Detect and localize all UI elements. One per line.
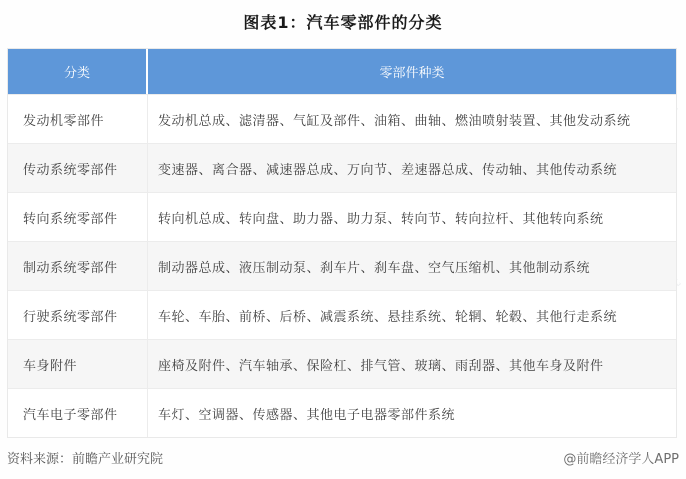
- parts-cell: 车轮、车胎、前桥、后桥、减震系统、悬挂系统、轮辋、轮毂、其他行走系统: [148, 291, 676, 339]
- category-cell: 发动机零部件: [8, 95, 148, 143]
- table-header-row: 分类 零部件种类: [8, 49, 676, 94]
- parts-cell: 座椅及附件、汽车轴承、保险杠、排气管、玻璃、雨刮器、其他车身及附件: [148, 340, 676, 388]
- table-row-engine: 发动机零部件 发动机总成、滤清器、气缸及部件、油箱、曲轴、燃油喷射装置、其他发动…: [8, 94, 676, 143]
- parts-cell: 转向机总成、转向盘、助力器、助力泵、转向节、转向拉杆、其他转向系统: [148, 193, 676, 241]
- table-row-braking: 制动系统零部件 制动器总成、液压制动泵、刹车片、刹车盘、空气压缩机、其他制动系统: [8, 241, 676, 290]
- category-cell: 传动系统零部件: [8, 144, 148, 192]
- source-note: 资料来源：前瞻产业研究院: [7, 448, 163, 467]
- table-row-running: 行驶系统零部件 车轮、车胎、前桥、后桥、减震系统、悬挂系统、轮辋、轮毂、其他行走…: [8, 290, 676, 339]
- table-row-transmission: 传动系统零部件 变速器、离合器、减速器总成、万向节、差速器总成、传动轴、其他传动…: [8, 143, 676, 192]
- category-cell: 车身附件: [8, 340, 148, 388]
- parts-cell: 车灯、空调器、传感器、其他电子电器零部件系统: [148, 389, 676, 437]
- parts-cell: 发动机总成、滤清器、气缸及部件、油箱、曲轴、燃油喷射装置、其他发动系统: [148, 95, 676, 143]
- header-cell-parts: 零部件种类: [148, 49, 676, 94]
- header-cell-category: 分类: [8, 49, 148, 94]
- category-cell: 转向系统零部件: [8, 193, 148, 241]
- figure-footer: 资料来源：前瞻产业研究院 @前瞻经济学人APP: [7, 448, 679, 467]
- auto-parts-table: 分类 零部件种类 发动机零部件 发动机总成、滤清器、气缸及部件、油箱、曲轴、燃油…: [7, 48, 677, 438]
- category-cell: 制动系统零部件: [8, 242, 148, 290]
- credit-note: @前瞻经济学人APP: [563, 448, 679, 467]
- table-row-body: 车身附件 座椅及附件、汽车轴承、保险杠、排气管、玻璃、雨刮器、其他车身及附件: [8, 339, 676, 388]
- category-cell: 汽车电子零部件: [8, 389, 148, 437]
- parts-cell: 制动器总成、液压制动泵、刹车片、刹车盘、空气压缩机、其他制动系统: [148, 242, 676, 290]
- parts-cell: 变速器、离合器、减速器总成、万向节、差速器总成、传动轴、其他传动系统: [148, 144, 676, 192]
- category-cell: 行驶系统零部件: [8, 291, 148, 339]
- figure-page: 图表1：汽车零部件的分类 前瞻产业研究院 前瞻产业研究院 前瞻产业研究院 前瞻产…: [0, 0, 686, 479]
- table-row-electronics: 汽车电子零部件 车灯、空调器、传感器、其他电子电器零部件系统: [8, 388, 676, 437]
- figure-title: 图表1：汽车零部件的分类: [0, 10, 686, 33]
- table-row-steering: 转向系统零部件 转向机总成、转向盘、助力器、助力泵、转向节、转向拉杆、其他转向系…: [8, 192, 676, 241]
